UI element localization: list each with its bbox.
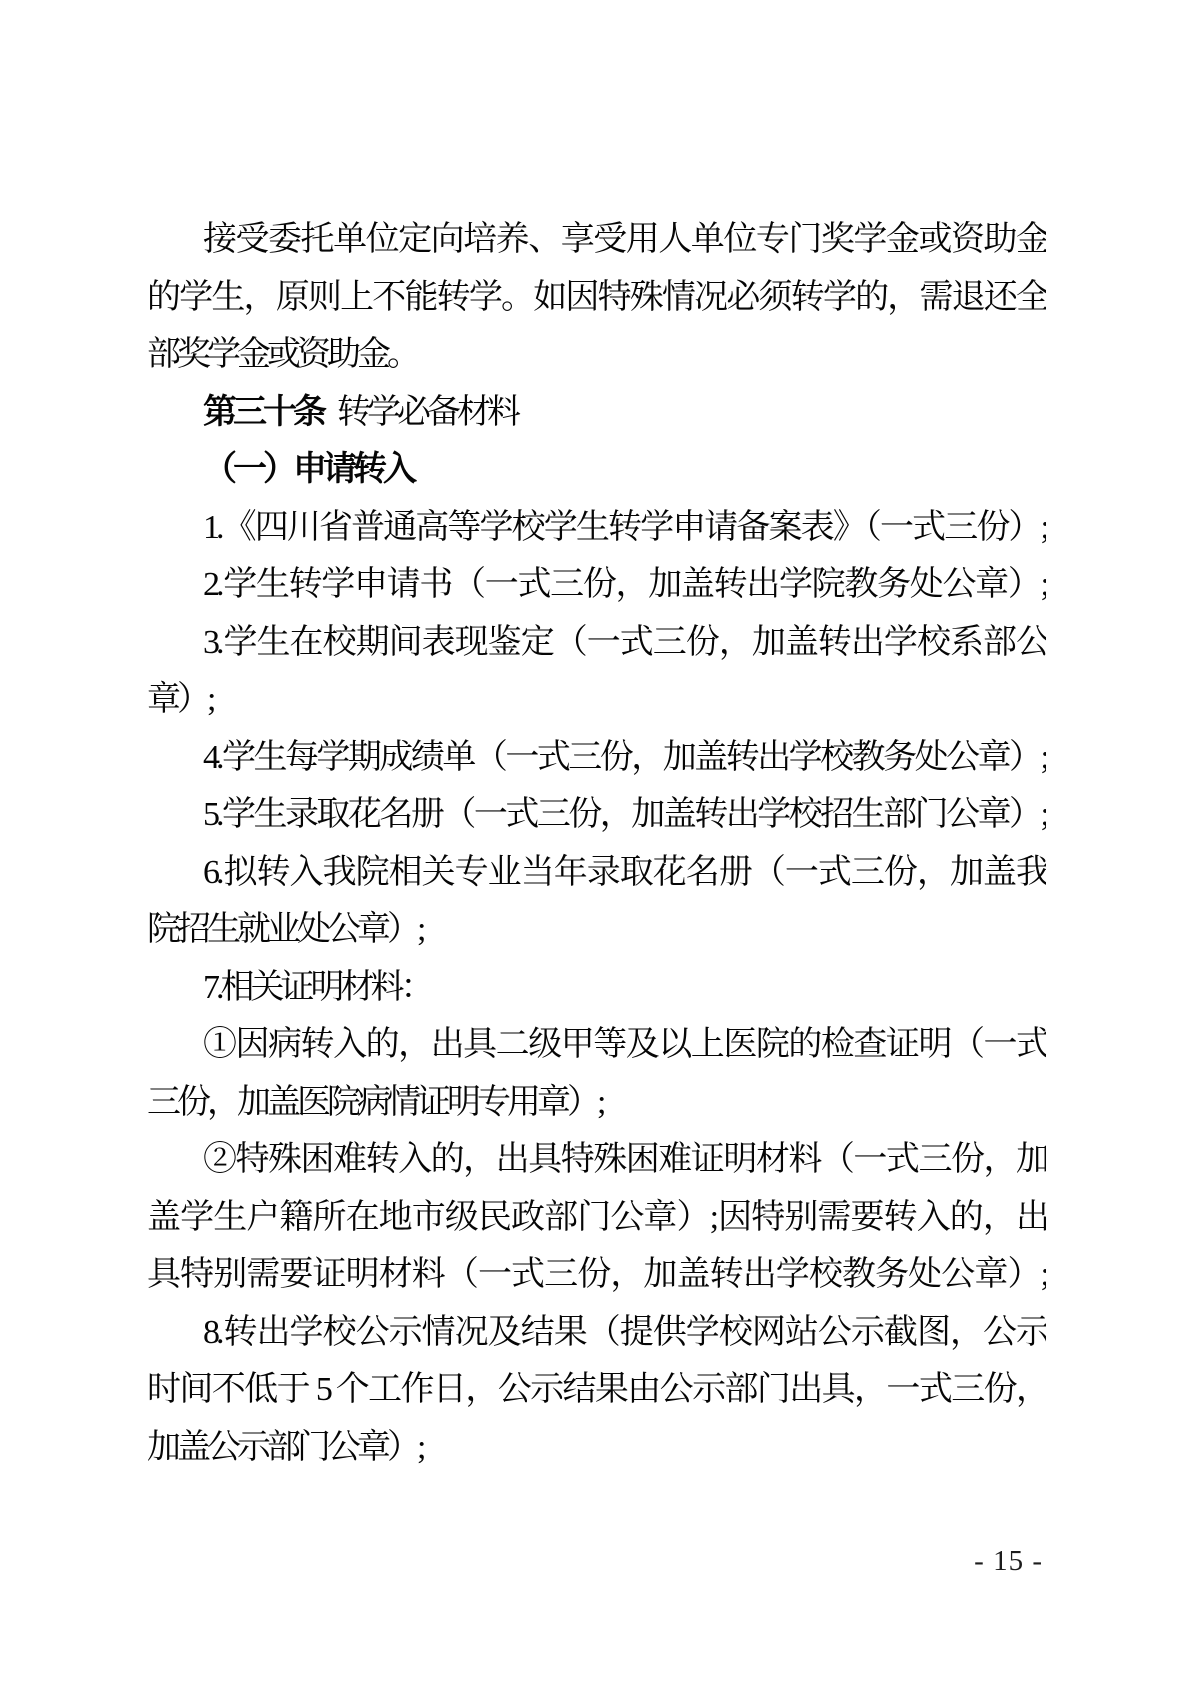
item-7-sub1-line: 三份，加盖医院病情证明专用章）; [147, 1074, 1046, 1132]
item-8-line: 加盖公示部门公章）; [147, 1419, 1046, 1477]
item-6-line: 院招生就业处公章）; [147, 901, 1046, 959]
item-1-line: 1.《四川省普通高等学校学生转学申请备案表》（一式三份）; [147, 499, 1046, 557]
intro-line: 部奖学金或资助金。 [147, 326, 1046, 384]
item-5-line: 5.学生录取花名册（一式三份，加盖转出学校招生部门公章）; [147, 786, 1046, 844]
item-7-sub2-line: 盖学生户籍所在地市级民政部门公章）;因特别需要转入的，出 [147, 1189, 1046, 1247]
item-2-line: 2.学生转学申请书（一式三份，加盖转出学院教务处公章）; [147, 556, 1046, 614]
item-3-line: 章）; [147, 671, 1046, 729]
intro-line: 的学生，原则上不能转学。如因特殊情况必须转学的，需退还全 [147, 269, 1046, 327]
article-title: 转学必备材料 [337, 394, 517, 431]
item-6-line: 6.拟转入我院相关专业当年录取花名册（一式三份，加盖我 [147, 844, 1046, 902]
article-heading: 第三十条转学必备材料 [147, 384, 1046, 442]
item-4-line: 4.学生每学期成绩单（一式三份，加盖转出学校教务处公章）; [147, 729, 1046, 787]
document-page: 接受委托单位定向培养、享受用人单位专门奖学金或资助金 的学生，原则上不能转学。如… [0, 0, 1191, 1684]
item-7-line: 7.相关证明材料： [147, 959, 1046, 1017]
item-7-sub2-line: 具特别需要证明材料（一式三份，加盖转出学校教务处公章）; [147, 1246, 1046, 1304]
item-3-line: 3.学生在校期间表现鉴定（一式三份，加盖转出学校系部公 [147, 614, 1046, 672]
item-8-line: 时间不低于 5 个工作日，公示结果由公示部门出具，一式三份， [147, 1361, 1046, 1419]
item-7-sub2-line: ②特殊困难转入的，出具特殊困难证明材料（一式三份，加 [147, 1131, 1046, 1189]
document-body: 接受委托单位定向培养、享受用人单位专门奖学金或资助金 的学生，原则上不能转学。如… [147, 211, 1046, 1476]
article-number: 第三十条 [203, 394, 323, 431]
subsection-heading: （一）申请转入 [147, 441, 1046, 499]
item-8-line: 8.转出学校公示情况及结果（提供学校网站公示截图，公示 [147, 1304, 1046, 1362]
page-number: - 15 - [974, 1545, 1043, 1578]
intro-line: 接受委托单位定向培养、享受用人单位专门奖学金或资助金 [147, 211, 1046, 269]
item-7-sub1-line: ①因病转入的，出具二级甲等及以上医院的检查证明（一式 [147, 1016, 1046, 1074]
